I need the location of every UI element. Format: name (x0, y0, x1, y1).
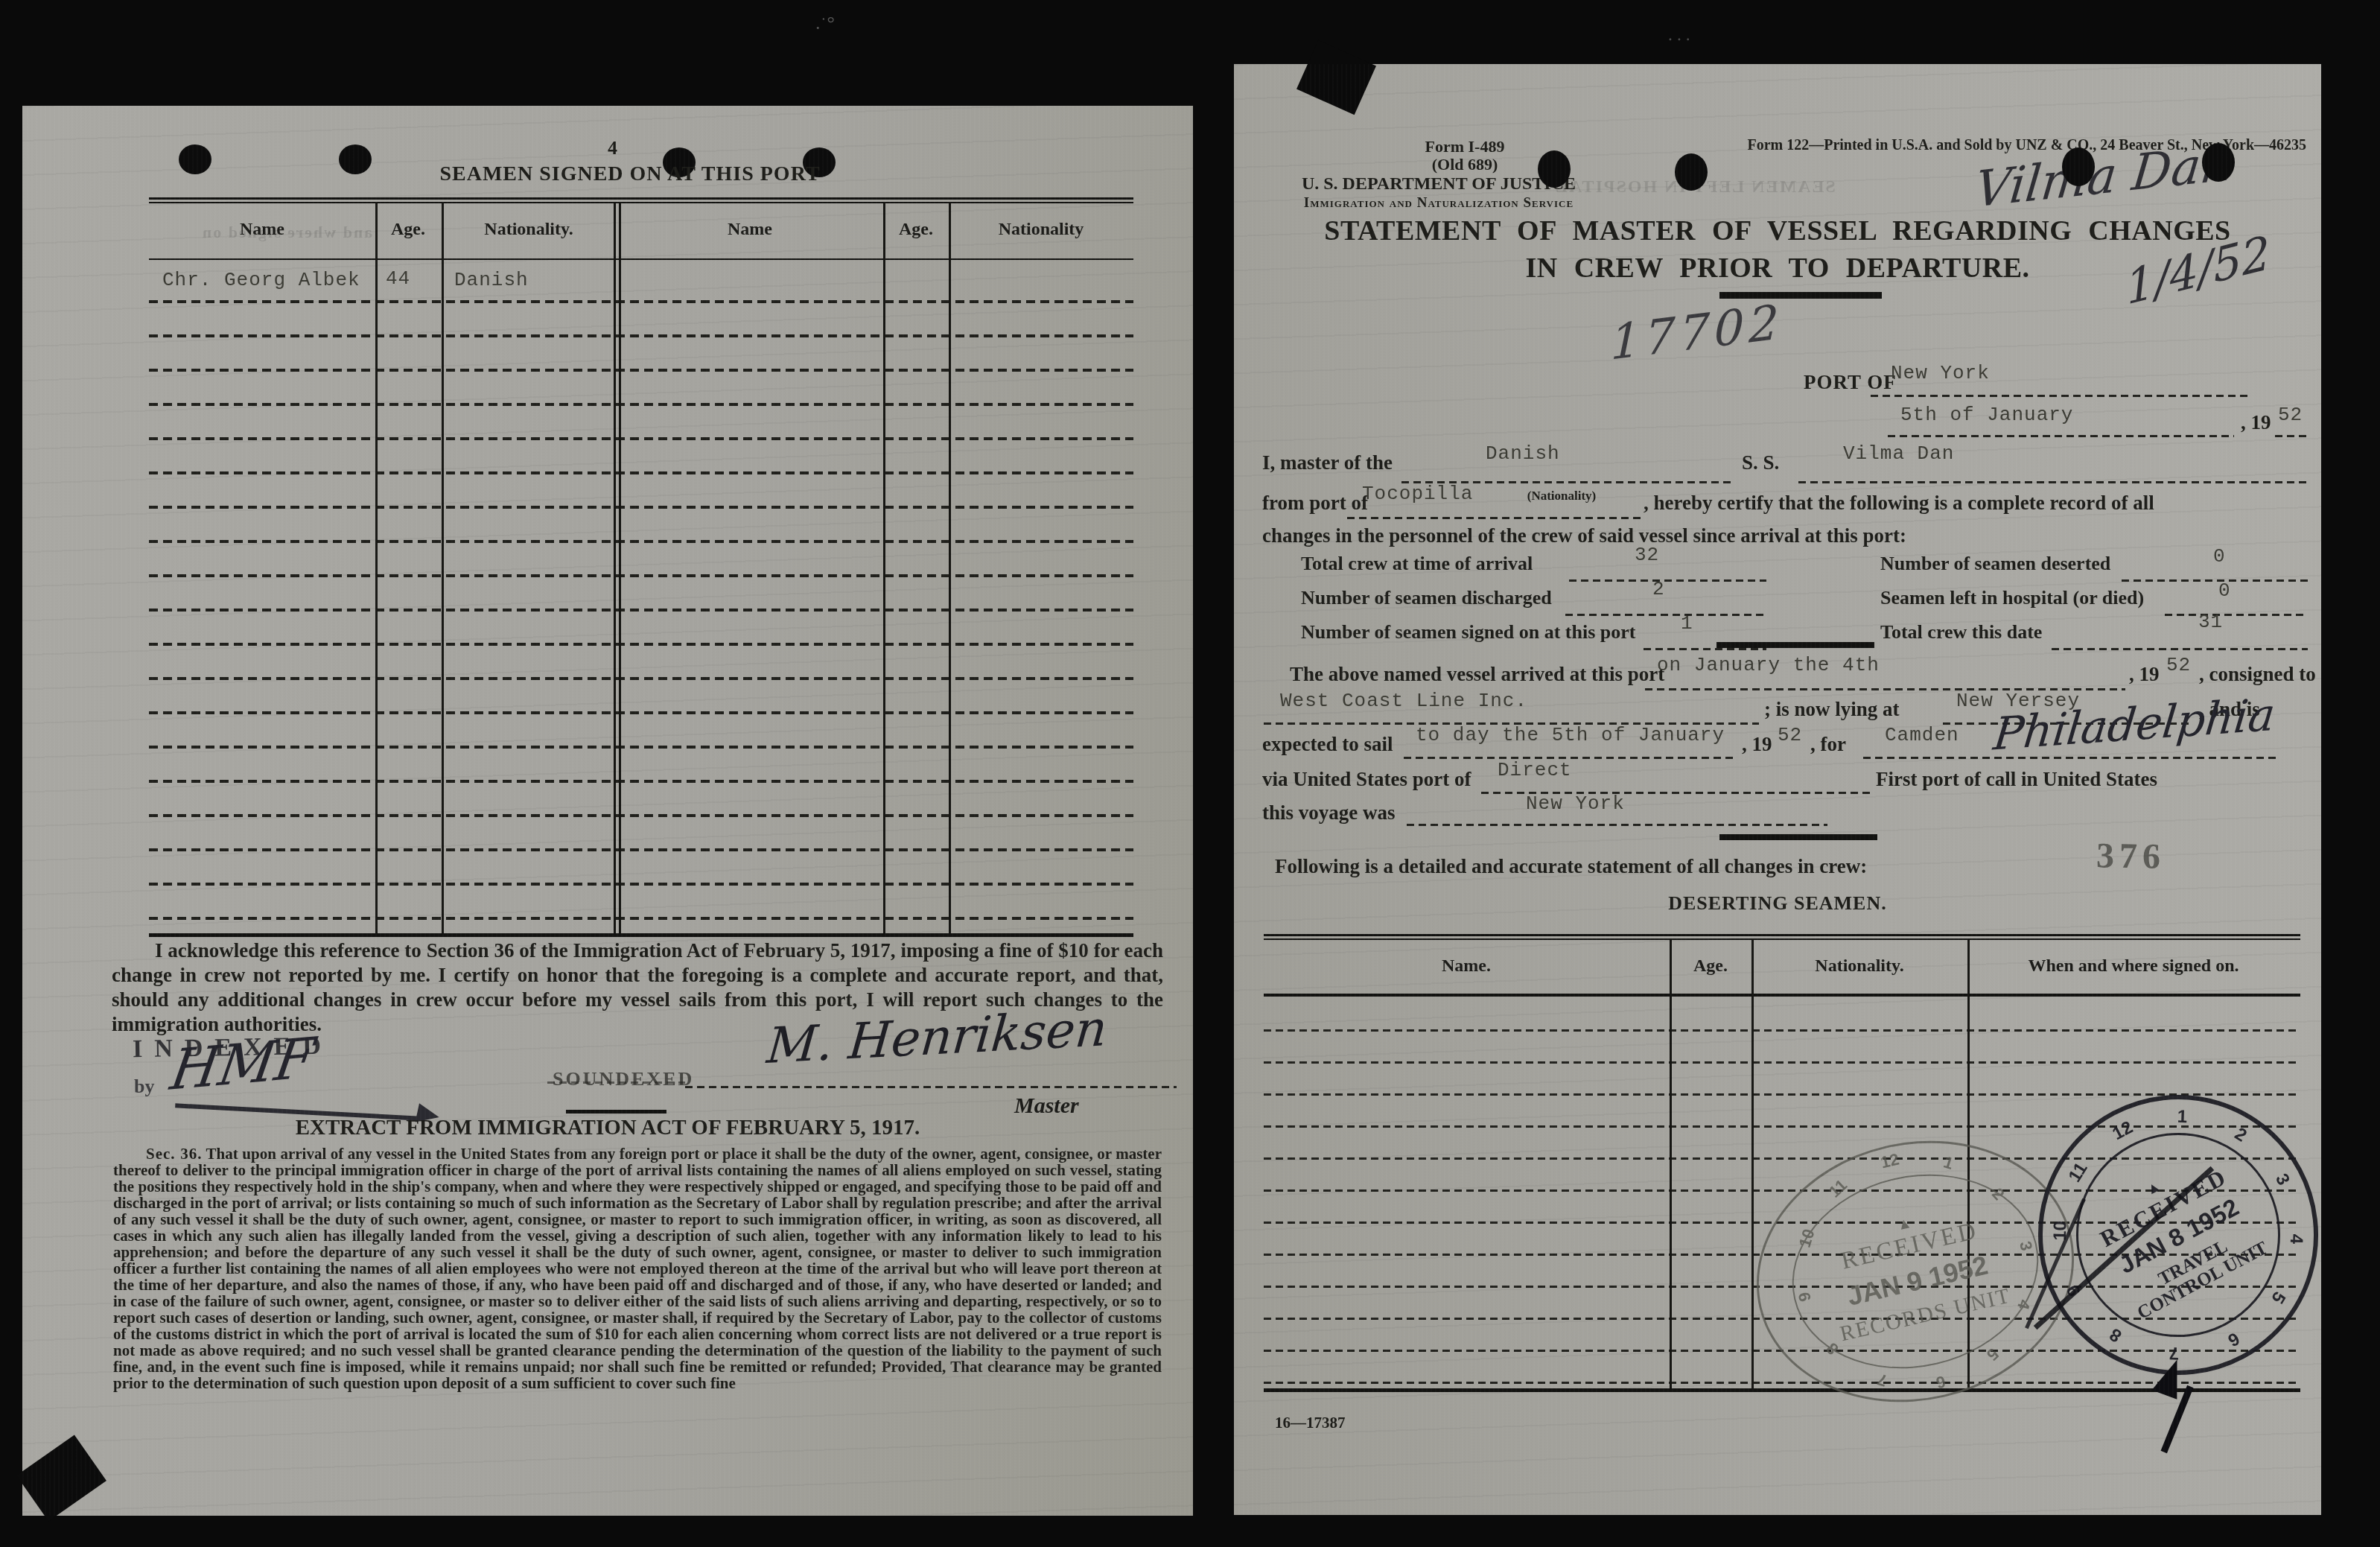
dashed-row-line (149, 780, 1133, 783)
signed-on-table: Name Age. Nationality. Name Age. Nationa… (149, 197, 1133, 938)
vessel-name-value: Vilma Dan (1843, 442, 1954, 465)
title-rule (1719, 292, 1882, 299)
blank-line (1888, 435, 2234, 437)
soundexed-strike (547, 1081, 685, 1084)
sec36-text: That upon arrival of any vessel in the U… (113, 1145, 1162, 1392)
scanned-document: 4 SEAMEN SIGNED ON AT THIS PORT Name Age… (0, 0, 2380, 1547)
dashed-row-line (149, 746, 1133, 749)
arrived-year-printed: , 19 (2129, 663, 2160, 686)
port-of-label: PORT OF (1804, 371, 1897, 394)
sail-label: expected to sail (1262, 733, 1393, 756)
sail-year-printed: , 19 (1742, 733, 1772, 756)
following-text: Following is a detailed and accurate sta… (1275, 855, 1867, 878)
blank-line (2052, 648, 2308, 650)
arrived-value: on January the 4th (1657, 654, 1880, 676)
dashed-row-line (149, 643, 1133, 646)
punch-hole (1675, 153, 1708, 191)
blank-line (1798, 481, 2311, 483)
dashed-row-line (149, 917, 1133, 920)
column-divider (375, 202, 378, 933)
dashed-row-line (149, 369, 1133, 372)
for-label: , for (1810, 733, 1846, 756)
stamp-rim-number: 8 (2106, 1324, 2125, 1347)
dashed-row-line (149, 437, 1133, 440)
lying-label: ; is now lying at (1764, 698, 1900, 721)
section-rule (1716, 642, 1874, 648)
service-name: Immigration and Naturalization Service (1253, 195, 1625, 212)
form-footer-number: 16—17387 (1275, 1414, 1346, 1432)
stat-label: Total crew at time of arrival (1301, 553, 1533, 575)
page-corner-shadow (16, 1435, 106, 1522)
blank-line (1644, 648, 1766, 650)
from-port-label: from port of (1262, 492, 1368, 515)
arrived-label: The above named vessel arrived at this p… (1290, 663, 1664, 686)
short-rule (566, 1110, 666, 1114)
stamp-rim-number: 5 (2267, 1288, 2290, 1307)
statement-date-value: 5th of January (1900, 404, 2073, 426)
punch-hole (179, 144, 211, 174)
certify-text: , hereby certify that the following is a… (1644, 492, 2154, 515)
stat-label: Number of seamen signed on at this port (1301, 621, 1635, 644)
torn-corner (1296, 40, 1376, 115)
destination-value: Camden (1885, 724, 1959, 746)
sail-year-value: 52 (1778, 724, 1802, 746)
dashed-row-line (149, 848, 1133, 851)
extract-title: EXTRACT FROM IMMIGRATION ACT OF FEBRUARY… (22, 1116, 1193, 1140)
column-divider (883, 202, 885, 933)
page-number: 4 (608, 137, 617, 159)
blank-line (1565, 614, 1766, 616)
column-divider (614, 202, 616, 933)
table-bottom-rule (1264, 1388, 2300, 1392)
margin-scuff-mark: ⸳⸳⸳ (1668, 25, 1695, 48)
master-of-label: I, master of the (1262, 451, 1393, 474)
voyage-label: this voyage was (1262, 801, 1396, 825)
left-section-title: SEAMEN SIGNED ON AT THIS PORT (347, 162, 913, 186)
arrived-year-value: 52 (2166, 654, 2191, 676)
stat-value: 0 (2218, 579, 2231, 602)
dashed-row-line (149, 574, 1133, 577)
stamp-rim-number: 11 (2064, 1159, 2092, 1186)
dashed-row-line (149, 506, 1133, 509)
blank-line (2275, 435, 2309, 437)
ss-label: S. S. (1742, 451, 1779, 474)
dashed-row-line (149, 609, 1133, 612)
dashed-row-line (149, 300, 1133, 303)
dashed-row-line (1264, 1093, 2300, 1096)
blank-line (1347, 517, 1641, 519)
nationality-caption: (Nationality) (1446, 489, 1677, 504)
column-divider (442, 202, 444, 933)
column-divider (619, 202, 621, 933)
dashed-row-line (149, 540, 1133, 543)
indexed-by-label: by (134, 1076, 154, 1098)
dashed-row-line (1264, 1382, 2300, 1384)
stamp-rim-number: 2 (2231, 1124, 2250, 1147)
column-divider (1751, 939, 1754, 1388)
port-of-value: New York (1891, 362, 1990, 384)
signature-line (685, 1086, 1177, 1088)
column-divider (949, 202, 951, 933)
stat-value: 2 (1652, 578, 1665, 600)
left-page: 4 SEAMEN SIGNED ON AT THIS PORT Name Age… (22, 106, 1193, 1516)
column-divider (1670, 939, 1672, 1388)
deserting-seamen-title: DESERTING SEAMEN. (1234, 892, 2321, 915)
via-label: via United States port of (1262, 768, 1471, 791)
dashed-row-line (149, 471, 1133, 474)
soundexed-stamp: SOUNDEXED (553, 1068, 694, 1090)
dashed-row-line (149, 883, 1133, 886)
stat-value: 0 (2213, 545, 2226, 568)
punch-hole (1538, 150, 1571, 188)
stamp-rim-number: 12 (1879, 1149, 1901, 1172)
stat-label: Total crew this date (1880, 621, 2042, 644)
punch-hole (2202, 143, 2235, 182)
dashed-row-line (149, 814, 1133, 817)
stamp-rim-number: 4 (2285, 1233, 2306, 1244)
punch-hole (2062, 147, 2095, 186)
year-printed: , 19 (2241, 411, 2271, 434)
table-row-lines (149, 197, 1133, 938)
right-page: Form I-489 (Old 689) U. S. DEPARTMENT OF… (1234, 64, 2321, 1515)
blank-line (1569, 579, 1766, 582)
sec36-paragraph: Sec. 36. That upon arrival of any vessel… (113, 1146, 1162, 1391)
form-title-line1: STATEMENT OF MASTER OF VESSEL REGARDING … (1256, 215, 2299, 247)
section-rule (1719, 834, 1877, 840)
voyage-value: New York (1526, 792, 1625, 815)
sail-value: to day the 5th of January (1416, 724, 1725, 746)
dashed-row-line (1264, 1029, 2300, 1032)
margin-scuff-mark: .﮲° (815, 12, 835, 35)
consigned-label: , consigned to (2199, 663, 2316, 686)
stamp-rim-number: 5 (1982, 1344, 2002, 1364)
stamp-rim-number: 6 (2224, 1327, 2243, 1350)
stat-value: 32 (1635, 544, 1659, 566)
stamp-rim-number: 1 (1941, 1152, 1956, 1173)
master-caption: Master (1014, 1093, 1079, 1119)
consignee-value: West Coast Line Inc. (1280, 690, 1527, 712)
blank-line (1863, 757, 2280, 759)
stat-label: Number of seamen deserted (1880, 553, 2110, 575)
stat-label: Number of seamen discharged (1301, 587, 1552, 609)
dashed-row-line (149, 711, 1133, 714)
year-value: 52 (2278, 404, 2303, 426)
stamp-rim-number: 7 (1875, 1369, 1889, 1390)
sec36-label: Sec. 36. (146, 1145, 202, 1163)
stamp-rim-number: 1 (2177, 1107, 2187, 1128)
stat-value: 31 (2198, 611, 2223, 633)
indexed-initials-handwriting: HMF (166, 1026, 319, 1103)
stamp-rim-number: 6 (1934, 1371, 1947, 1392)
stat-value: 1 (1681, 612, 1693, 635)
blank-line (2165, 614, 2308, 616)
blank-line (1407, 824, 1827, 826)
stat-label: Seamen left in hospital (or died) (1880, 587, 2144, 609)
changes-text: changes in the personnel of the crew of … (1262, 524, 1906, 547)
dashed-row-line (149, 334, 1133, 337)
dashed-row-line (149, 677, 1133, 680)
via-value: Direct (1498, 759, 1572, 781)
dashed-row-line (149, 403, 1133, 406)
vessel-nationality-value: Danish (1486, 442, 1560, 465)
dashed-row-line (1264, 1061, 2300, 1064)
stamp-rim-number: 12 (2109, 1117, 2136, 1145)
first-port-label: First port of call in United States (1876, 768, 2157, 791)
stamp-rim-number: 3 (2271, 1170, 2294, 1189)
blank-line (1871, 395, 2252, 397)
from-port-value: Tocopilla (1362, 483, 1473, 505)
blank-line (2122, 579, 2308, 582)
serial-number-stamp: 376 (2096, 835, 2166, 877)
table-bottom-rule (149, 933, 1133, 937)
handwritten-file-number: 17702 (1610, 294, 1784, 371)
